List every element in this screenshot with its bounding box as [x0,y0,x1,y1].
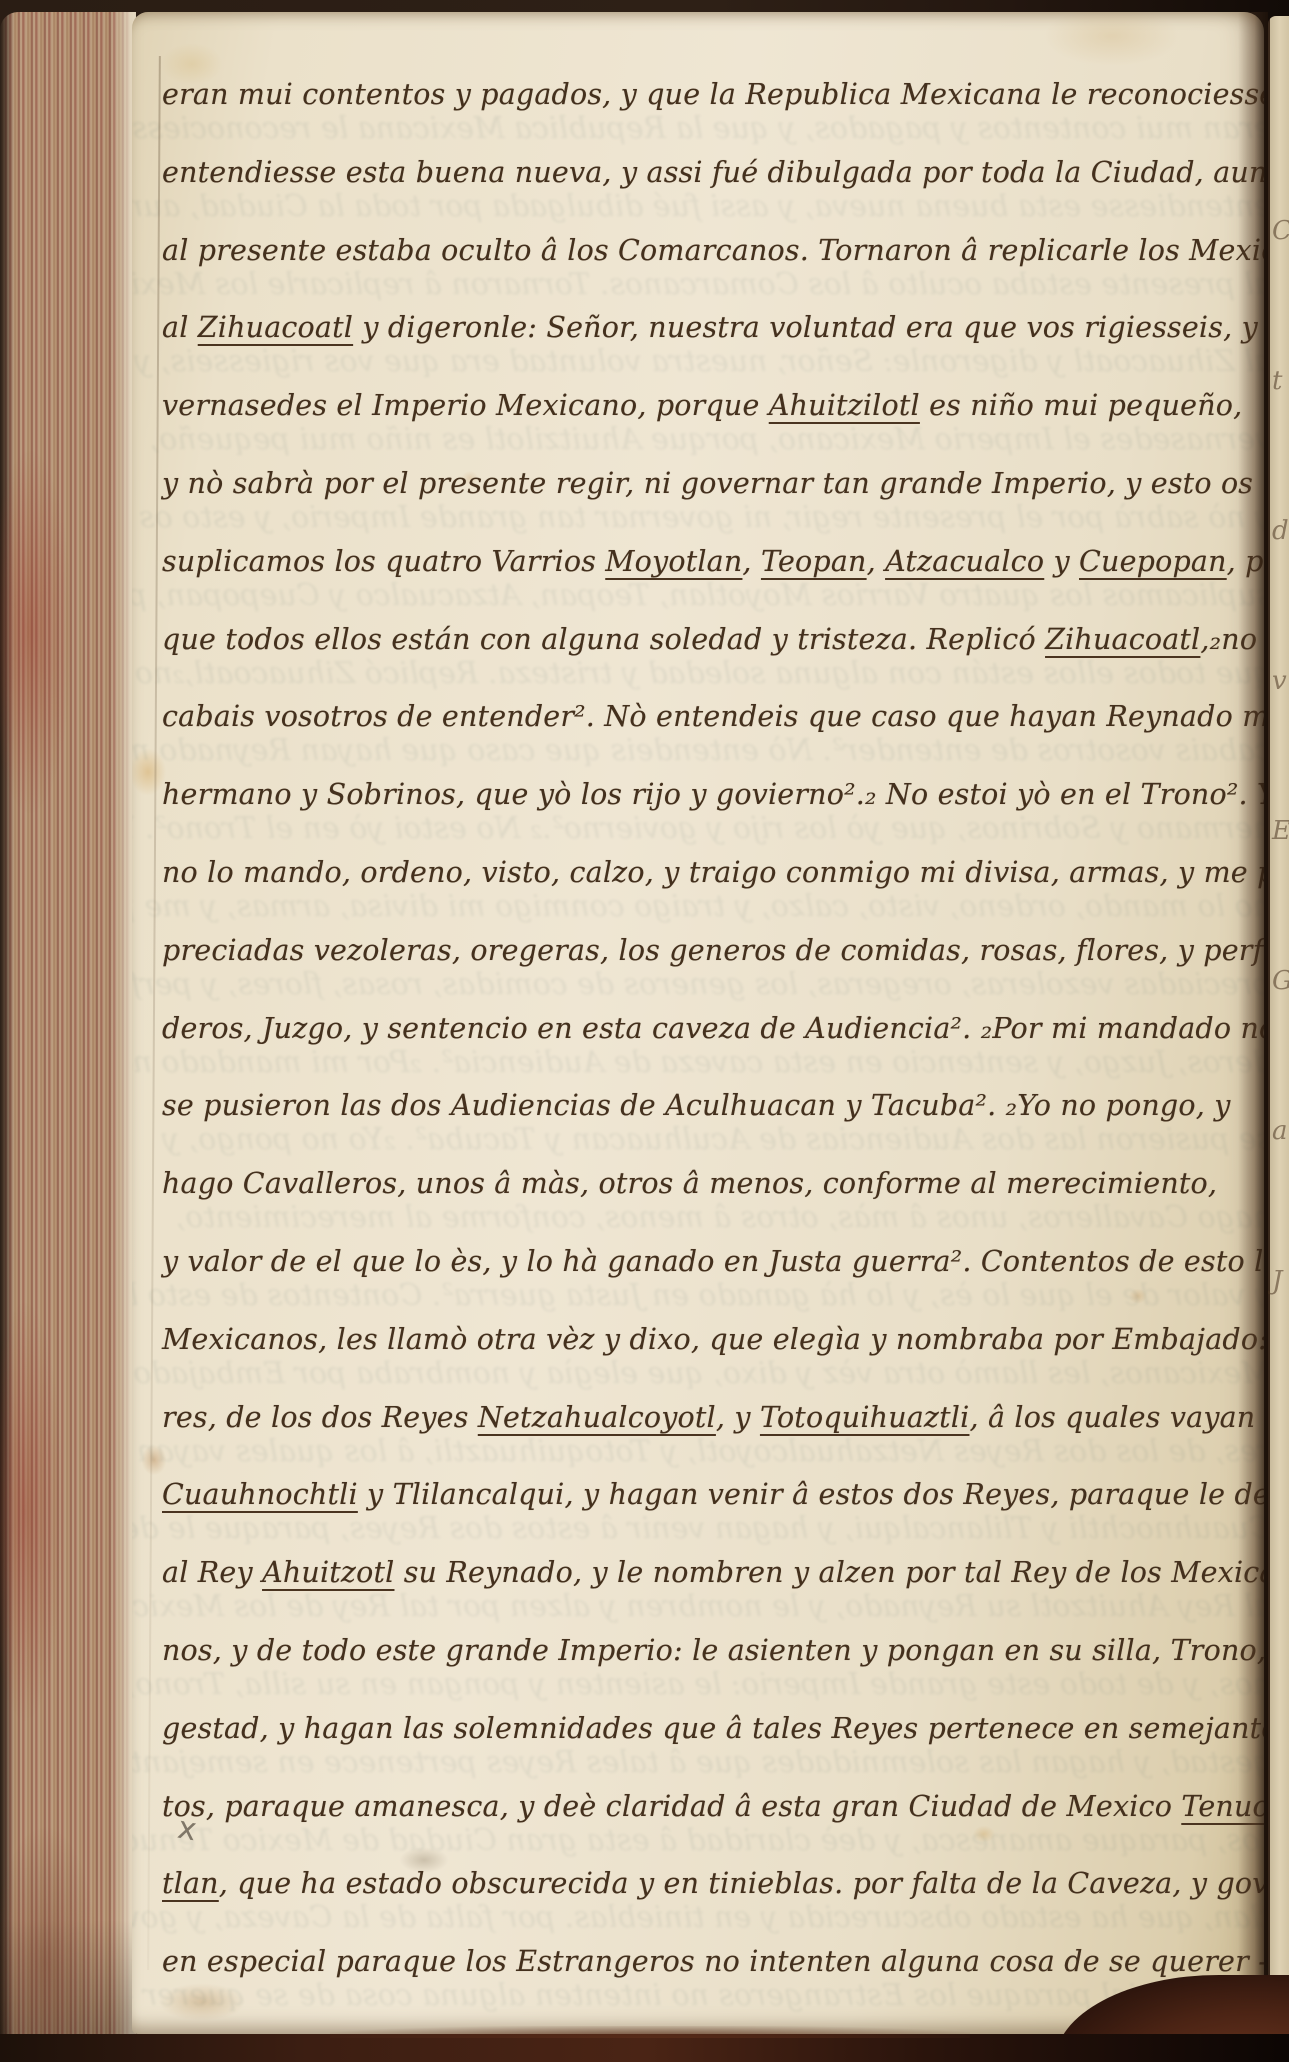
manuscript-text: , [742,545,761,578]
manuscript-line: tlan, que ha estado obscurecida y en tin… [162,1845,1260,1923]
facing-page-letter-fragment: d [1272,456,1289,606]
manuscript-line: gestad, y hagan las solemnidades que â t… [162,1690,1260,1768]
manuscript-text: al Rey [162,1556,262,1589]
manuscript-line: y nò sabrà por el presente regir, ni gov… [162,445,1260,523]
manuscript-text: su Reynado, y le nombren y alzen por tal… [394,1556,1264,1589]
manuscript-line: suplicamos los quatro Varrios Moyotlan, … [162,523,1260,601]
underlined-name: Cuepopan [1079,545,1227,578]
manuscript-text: y [1044,545,1079,578]
manuscript-text: cabais vosotros de entender². Nò entende… [162,700,1264,733]
manuscript-photo-stage: eran mui contentos y pagados, y que la R… [0,0,1289,2062]
manuscript-text: y valor de el que lo ès, y lo hà ganado … [162,1245,1264,1278]
manuscript-line: tos, paraque amanesca, y deè claridad â … [162,1768,1260,1846]
manuscript-line: nos, y de todo este grande Imperio: le a… [162,1612,1260,1690]
underlined-name: Ahuitzilotl [769,389,920,422]
manuscript-text: al presente estaba oculto â los Comarcan… [162,234,1264,267]
manuscript-text: , que ha estado obscurecida y en tiniebl… [219,1867,1264,1900]
margin-rule-line [147,56,160,1970]
facing-page-letter-fragment: E [1272,756,1289,906]
manuscript-line: entendiesse esta buena nueva, y assi fué… [162,134,1260,212]
manuscript-line: en especial paraque los Estrangeros no i… [162,1923,1260,2001]
manuscript-line: no lo mando, ordeno, visto, calzo, y tra… [162,834,1260,912]
manuscript-text: vernasedes el Imperio Mexicano, porque [162,389,769,422]
underlined-name: Moyotlan [605,545,742,578]
facing-page-sliver: CtdvEGaJ [1268,16,1289,2016]
manuscript-text: hermano y Sobrinos, que yò los rijo y go… [162,778,1264,811]
underlined-name: Zihuacoatl [198,311,353,344]
manuscript-text: y Tlilancalqui, y hagan venir â estos do… [358,1478,1264,1511]
underlined-name: Zihuacoatl [1045,623,1200,656]
manuscript-line: que todos ellos están con alguna soledad… [162,601,1260,679]
underlined-name: Netzahualcoyotl [478,1401,716,1434]
manuscript-line: Cuauhnochtli y Tlilancalqui, y hagan ven… [162,1456,1260,1534]
facing-page-text-fragments: CtdvEGaJ [1272,156,1289,1356]
manuscript-line: cabais vosotros de entender². Nò entende… [162,678,1260,756]
manuscript-text: nos, y de todo este grande Imperio: le a… [162,1634,1264,1667]
manuscript-line: vernasedes el Imperio Mexicano, porque A… [162,367,1260,445]
manuscript-text: deros, Juzgo, y sentencio en esta caveza… [162,1012,1264,1045]
facing-page-letter-fragment: C [1272,156,1289,306]
binding-bottom [0,2034,1289,2062]
manuscript-text-block: eran mui contentos y pagados, y que la R… [162,56,1260,2001]
underlined-name: Cuauhnochtli [162,1478,358,1511]
underlined-name: Atzacualco [885,545,1044,578]
manuscript-line: y valor de el que lo ès, y lo hà ganado … [162,1223,1260,1301]
manuscript-text: , [867,545,886,578]
manuscript-text: al [162,311,198,344]
underlined-name: Ahuitzotl [262,1556,394,1589]
manuscript-line: al Rey Ahuitzotl su Reynado, y le nombre… [162,1534,1260,1612]
manuscript-line: preciadas vezoleras, oregeras, los gener… [162,912,1260,990]
manuscript-text: y digeronle: Señor, nuestra voluntad era… [353,311,1264,344]
manuscript-line: Mexicanos, les llamò otra vèz y dixo, qu… [162,1301,1260,1379]
manuscript-text: gestad, y hagan las solemnidades que â t… [162,1712,1264,1745]
manuscript-text: hago Cavalleros, unos â màs, otros â men… [162,1167,1217,1200]
manuscript-text: que todos ellos están con alguna soledad… [162,623,1045,656]
manuscript-text: se pusieron las dos Audiencias de Aculhu… [162,1089,1231,1122]
underlined-name: Totoquihuaztli [760,1401,969,1434]
facing-page-letter-fragment: J [1272,1206,1289,1356]
manuscript-line: hermano y Sobrinos, que yò los rijo y go… [162,756,1260,834]
manuscript-line: se pusieron las dos Audiencias de Aculhu… [162,1067,1260,1145]
manuscript-text: eran mui contentos y pagados, y que la R… [162,78,1264,111]
manuscript-line: hago Cavalleros, unos â màs, otros â men… [162,1145,1260,1223]
underlined-name: tlan [162,1867,219,1900]
manuscript-text: es niño mui pequeño, [920,389,1243,422]
manuscript-text: no lo mando, ordeno, visto, calzo, y tra… [162,856,1264,889]
manuscript-text: entendiesse esta buena nueva, y assi fué… [162,156,1264,189]
manuscript-text: , y [716,1401,760,1434]
manuscript-text: Mexicanos, les llamò otra vèz y dixo, qu… [162,1323,1264,1356]
manuscript-text: en especial paraque los Estrangeros no i… [162,1945,1264,1978]
manuscript-page: eran mui contentos y pagados, y que la R… [132,12,1264,2034]
manuscript-text: preciadas vezoleras, oregeras, los gener… [162,934,1264,967]
manuscript-text: tos, paraque amanesca, y deè claridad â … [162,1790,1181,1823]
manuscript-line: al presente estaba oculto â los Comarcan… [162,212,1260,290]
manuscript-text: res, de los dos Reyes [162,1401,478,1434]
book-fore-edge [0,12,136,2042]
manuscript-line: res, de los dos Reyes Netzahualcoyotl, y… [162,1379,1260,1457]
manuscript-line: deros, Juzgo, y sentencio en esta caveza… [162,990,1260,1068]
underlined-name: Teopan [761,545,867,578]
manuscript-text: , â los quales vayan [969,1401,1255,1434]
manuscript-text: y nò sabrà por el presente regir, ni gov… [162,467,1253,500]
manuscript-line: al Zihuacoatl y digeronle: Señor, nuestr… [162,289,1260,367]
facing-page-letter-fragment: G [1272,906,1289,1056]
facing-page-letter-fragment: t [1272,306,1289,456]
facing-page-letter-fragment: a [1272,1056,1289,1206]
manuscript-line: eran mui contentos y pagados, y que la R… [162,56,1260,134]
facing-page-letter-fragment: v [1272,606,1289,756]
gutter-shadow [1238,12,1268,2022]
manuscript-text: suplicamos los quatro Varrios [162,545,605,578]
